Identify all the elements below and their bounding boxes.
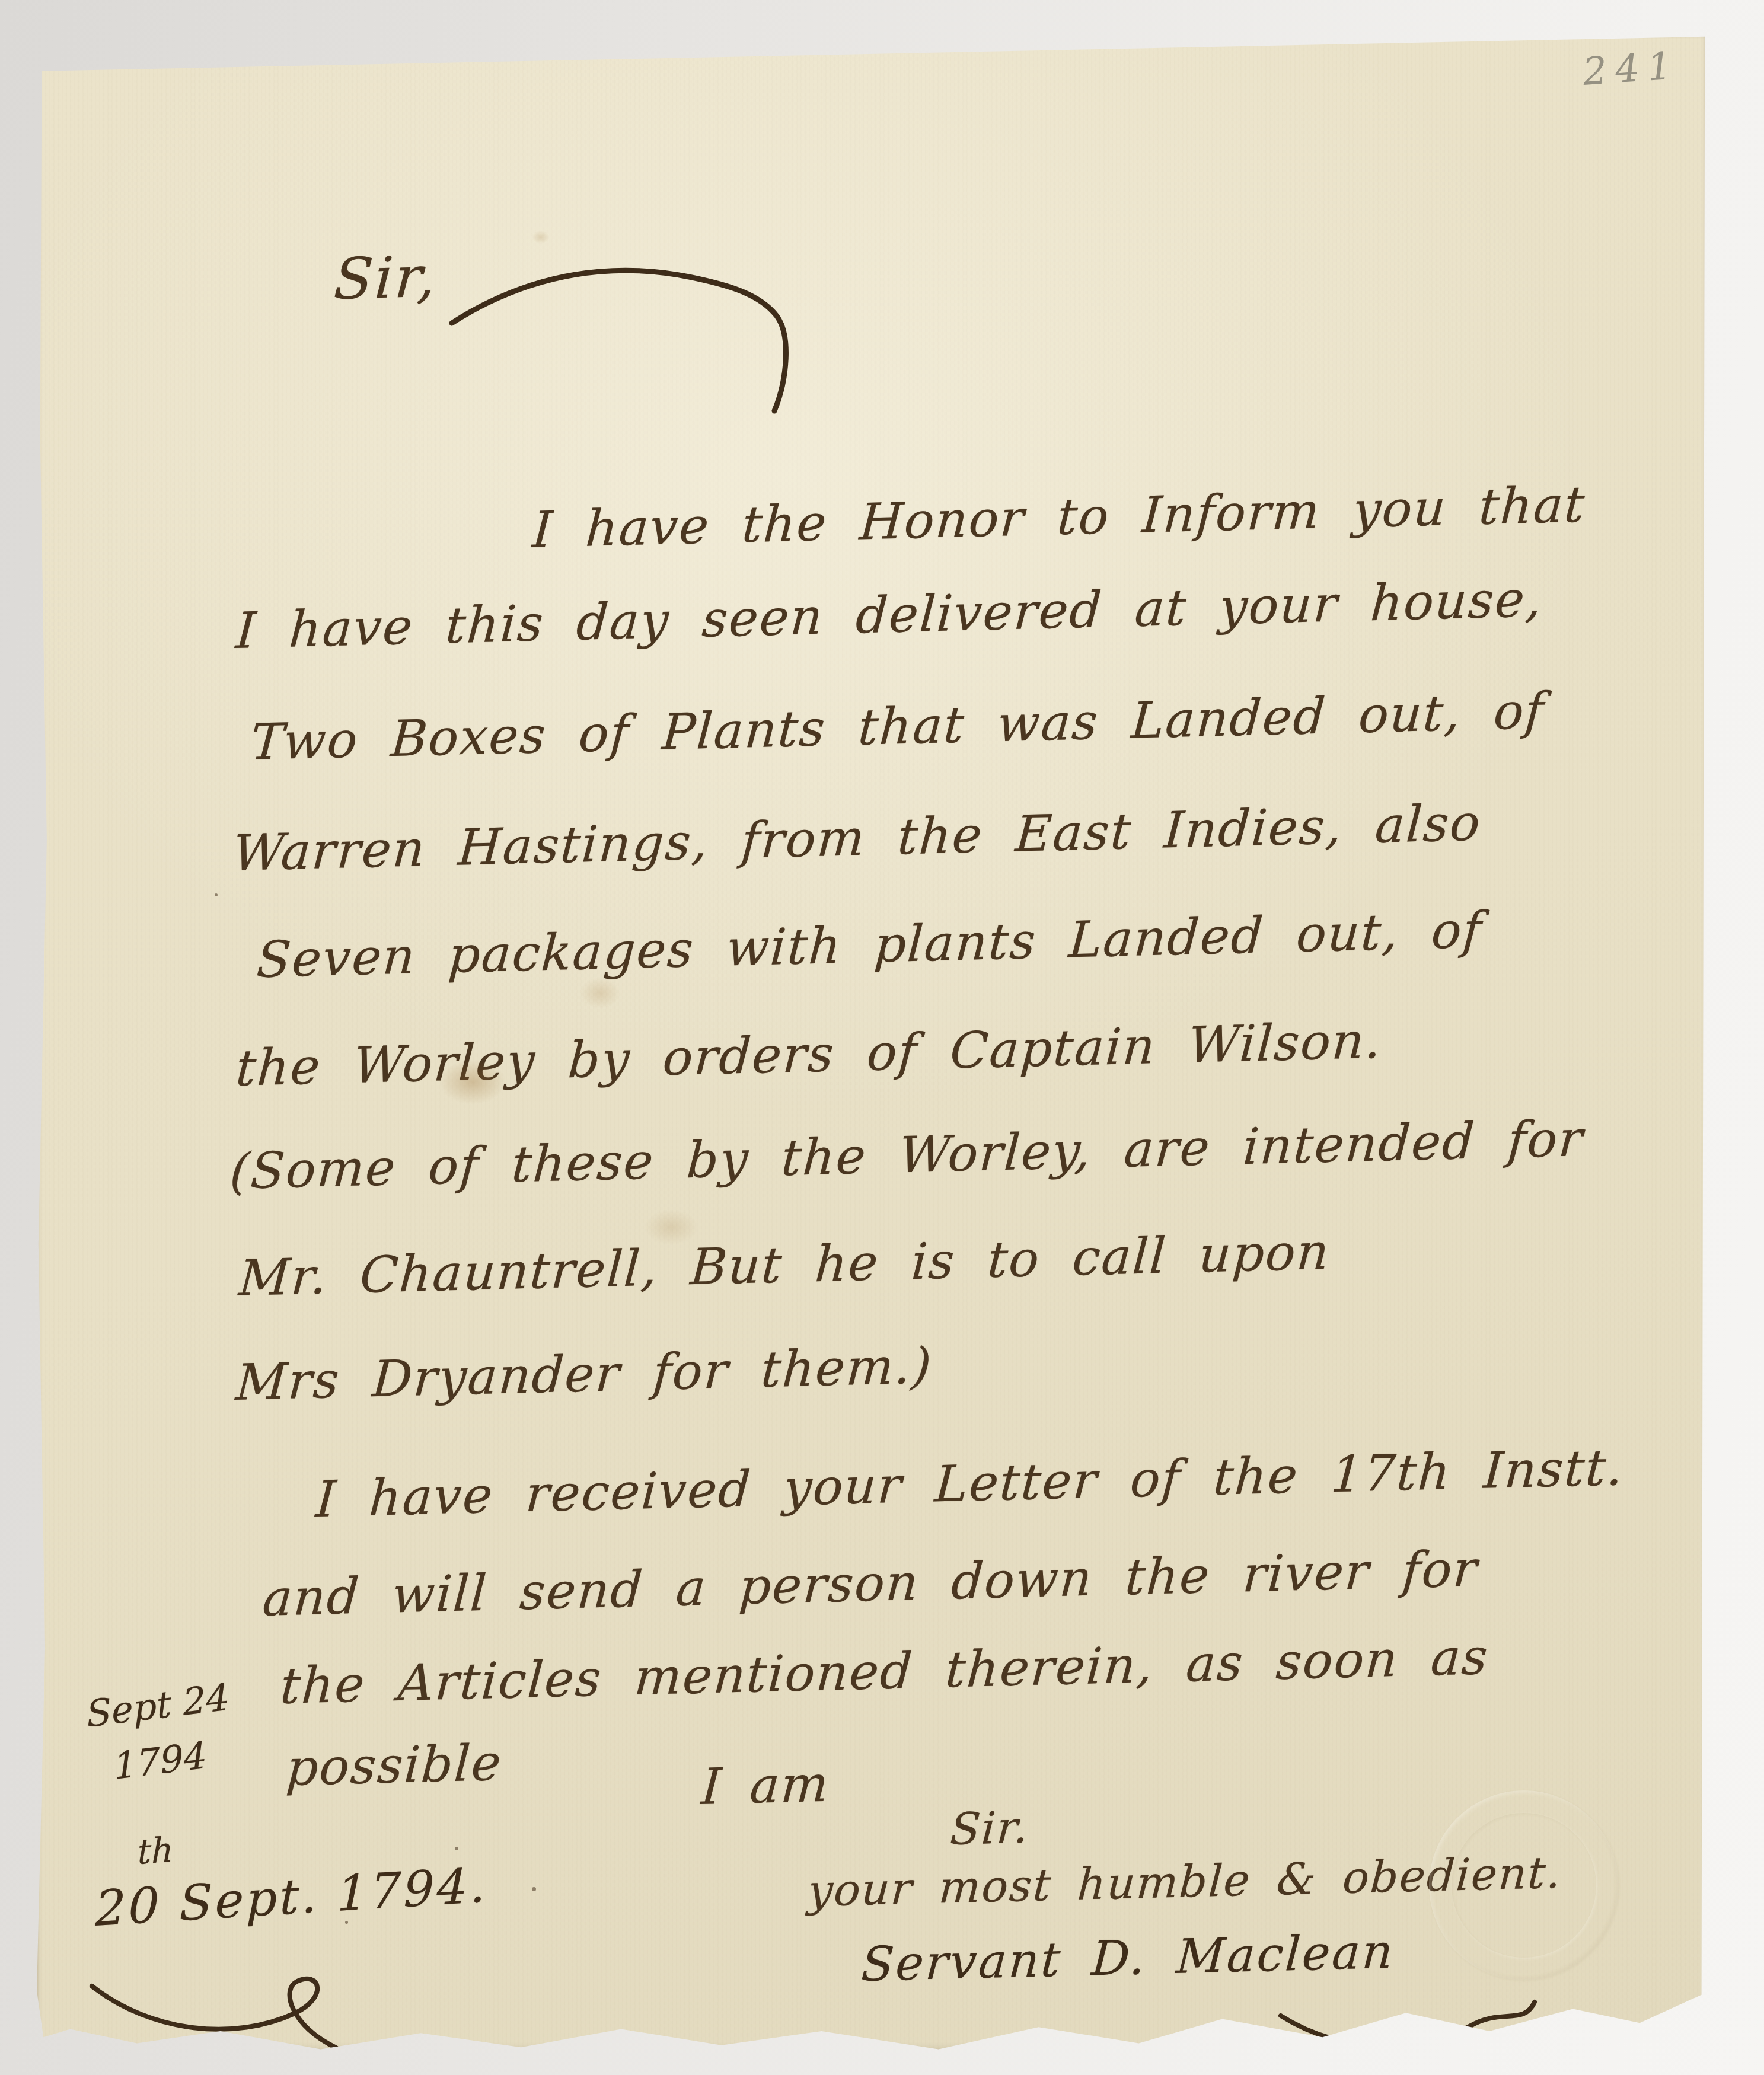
letter-line-5: Seven packages with plants Landed out, o… — [255, 901, 1484, 989]
letter-line-11: and will send a person down the river fo… — [261, 1540, 1480, 1627]
letter-line-9: Mrs Dryander for them.) — [234, 1336, 934, 1412]
ink-speck — [532, 1887, 536, 1891]
docket-superscript: th — [138, 1830, 174, 1872]
letter-line-10: I have received your Letter of the 17th … — [314, 1438, 1626, 1528]
closing-sir: Sir. — [949, 1802, 1031, 1855]
letter-line-8: Mr. Chauntrell, But he is to call upon — [237, 1222, 1332, 1307]
letter-line-6: the Worley by orders of Captain Wilson. — [234, 1011, 1384, 1097]
salutation: Sir, — [332, 244, 439, 312]
letter-line-1: I have the Honor to Inform you that — [531, 475, 1587, 559]
letter-line-12: the Articles mentioned therein, as soon … — [279, 1627, 1491, 1715]
signature-flourish — [1275, 1989, 1542, 2072]
closing-humble: your most humble & obedient. — [806, 1847, 1564, 1917]
archival-number: 241 — [1581, 44, 1682, 94]
letter-line-2: I have this day seen delivered at your h… — [234, 570, 1545, 660]
margin-note-date: Sept 24 — [85, 1675, 230, 1736]
docket-flourish — [87, 1962, 372, 2063]
closing-i-am: I am — [700, 1755, 831, 1816]
letter-line-7: (Some of these by the Worley, are intend… — [228, 1109, 1586, 1201]
letter-paper: 241 Sir, I have the Honor to Inform you … — [37, 33, 1706, 2051]
salutation-flourish — [446, 252, 814, 436]
letter-line-3: Two Boxes of Plants that was Landed out,… — [249, 681, 1546, 771]
ink-speck — [455, 1847, 458, 1850]
letter-line-4: Warren Hastings, from the East Indies, a… — [231, 793, 1483, 882]
letter-line-13: possible — [285, 1734, 504, 1797]
scan-background: { "page": { "archival_number": "241", "l… — [0, 0, 1764, 2075]
foxing-stain — [529, 228, 553, 246]
ink-speck — [215, 893, 218, 896]
margin-note-year: 1794 — [113, 1734, 208, 1788]
signature: Servant D. Maclean — [860, 1924, 1396, 1992]
